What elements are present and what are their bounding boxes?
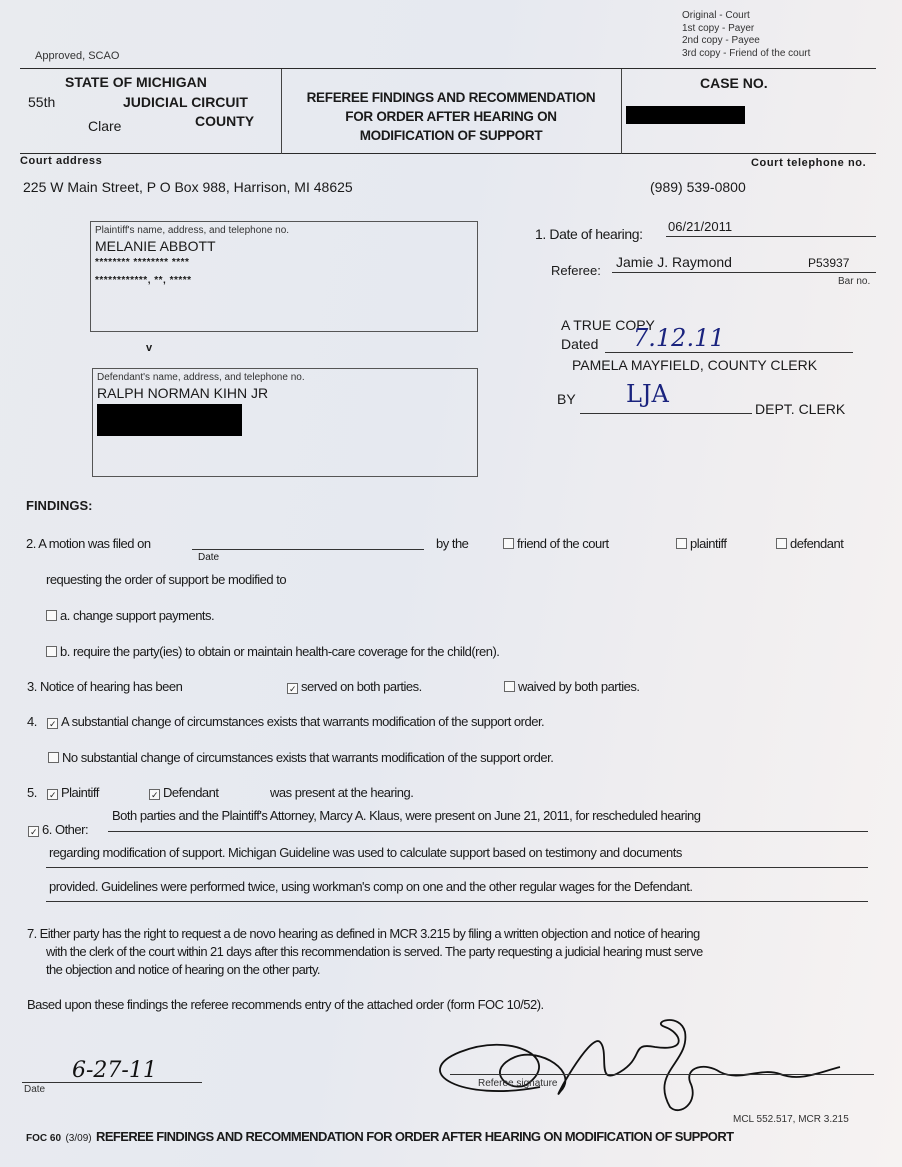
- court-address: 225 W Main Street, P O Box 988, Harrison…: [23, 179, 353, 195]
- checkbox[interactable]: [48, 752, 59, 763]
- checkbox[interactable]: ✓: [287, 683, 298, 694]
- plaintiff-box: Plaintiff's name, address, and telephone…: [90, 221, 478, 332]
- item4-number: 4.: [27, 714, 37, 729]
- option-label: b. require the party(ies) to obtain or m…: [60, 644, 499, 659]
- form-footer: FOC 60 (3/09) REFEREE FINDINGS AND RECOM…: [26, 1128, 733, 1146]
- other-line-2: regarding modification of support. Michi…: [49, 845, 682, 860]
- title-line: REFEREE FINDINGS AND RECOMMENDATION: [281, 88, 621, 107]
- other-rule: [46, 901, 868, 902]
- defendant-box: Defendant's name, address, and telephone…: [92, 368, 478, 477]
- referee-bar-no: P53937: [808, 256, 849, 270]
- header-top-rule: [20, 68, 876, 69]
- copy-line: 2nd copy - Payee: [682, 35, 810, 48]
- checkbox[interactable]: [46, 646, 57, 657]
- signature-date-handwritten: 6-27-11: [72, 1058, 157, 1083]
- form-footer-title: REFEREE FINDINGS AND RECOMMENDATION FOR …: [96, 1129, 733, 1144]
- defendant-name: RALPH NORMAN KIHN JR: [97, 385, 268, 401]
- option-label: A substantial change of circumstances ex…: [61, 714, 544, 729]
- dated-label: Dated: [561, 336, 598, 352]
- hearing-date-line: [666, 236, 876, 237]
- motion-date-caption: Date: [198, 552, 219, 563]
- state-label: STATE OF MICHIGAN: [65, 74, 207, 90]
- option-plaintiff[interactable]: plaintiff: [676, 536, 726, 551]
- option-label: waived by both parties.: [518, 679, 639, 694]
- requesting-text: requesting the order of support be modif…: [46, 572, 286, 587]
- checkbox[interactable]: [46, 610, 57, 621]
- option-label: No substantial change of circumstances e…: [62, 750, 553, 765]
- form-rev: (3/09): [65, 1133, 91, 1144]
- option-served[interactable]: ✓served on both parties.: [287, 679, 422, 694]
- checkbox[interactable]: ✓: [47, 789, 58, 800]
- checkbox[interactable]: ✓: [47, 718, 58, 729]
- checkbox[interactable]: [776, 538, 787, 549]
- copy-line: 1st copy - Payer: [682, 23, 810, 36]
- defendant-address-redacted: [97, 404, 242, 436]
- defendant-label: Defendant's name, address, and telephone…: [97, 372, 305, 383]
- hearing-date: 06/21/2011: [668, 219, 732, 234]
- option-plaintiff-present[interactable]: ✓Plaintiff: [47, 785, 99, 800]
- county-label: COUNTY: [195, 113, 254, 129]
- option-label: friend of the court: [517, 536, 609, 551]
- option-label: a. change support payments.: [60, 608, 214, 623]
- referee-line: [612, 272, 876, 273]
- option-defendant[interactable]: defendant: [776, 536, 843, 551]
- copy-distribution: Original - Court 1st copy - Payer 2nd co…: [682, 10, 810, 60]
- circuit-number: 55th: [28, 94, 55, 110]
- plaintiff-label: Plaintiff's name, address, and telephone…: [95, 225, 289, 236]
- option-waived[interactable]: waived by both parties.: [504, 679, 639, 694]
- by-line: [580, 413, 752, 414]
- versus: v: [146, 342, 152, 354]
- item7-line: 7. Either party has the right to request…: [27, 925, 703, 943]
- court-address-label: Court address: [20, 155, 102, 167]
- option-label: plaintiff: [690, 536, 726, 551]
- item3-text: 3. Notice of hearing has been: [27, 679, 182, 694]
- other-rule: [108, 831, 868, 832]
- header-bottom-rule: [20, 153, 876, 154]
- plaintiff-name: MELANIE ABBOTT: [95, 238, 216, 254]
- option-label: served on both parties.: [301, 679, 422, 694]
- county-name: Clare: [88, 118, 121, 134]
- citation: MCL 552.517, MCR 3.215: [733, 1114, 849, 1125]
- court-phone: (989) 539-0800: [650, 179, 746, 195]
- bar-no-label: Bar no.: [838, 276, 870, 287]
- referee-label: Referee:: [551, 263, 601, 278]
- referee-signature-scrawl: [420, 1012, 890, 1122]
- checkbox[interactable]: [504, 681, 515, 692]
- clerk-initials: LJA: [626, 380, 669, 408]
- option-other[interactable]: ✓6. Other:: [28, 822, 88, 837]
- case-no-redacted: [626, 106, 745, 124]
- option-friend-of-court[interactable]: friend of the court: [503, 536, 609, 551]
- other-line-1: Both parties and the Plaintiff's Attorne…: [112, 808, 700, 823]
- other-rule: [46, 867, 868, 868]
- checkbox[interactable]: ✓: [28, 826, 39, 837]
- hearing-date-label: 1. Date of hearing:: [535, 226, 643, 242]
- option-change-payments[interactable]: a. change support payments.: [46, 608, 214, 623]
- copy-line: Original - Court: [682, 10, 810, 23]
- form-code: FOC 60: [26, 1133, 61, 1144]
- checkbox[interactable]: [503, 538, 514, 549]
- copy-line: 3rd copy - Friend of the court: [682, 48, 810, 61]
- option-label: defendant: [790, 536, 843, 551]
- header-divider: [621, 69, 622, 154]
- referee-name: Jamie J. Raymond: [616, 254, 732, 270]
- item7-line: with the clerk of the court within 21 da…: [27, 943, 703, 961]
- option-defendant-present[interactable]: ✓Defendant: [149, 785, 219, 800]
- dated-line: [605, 352, 853, 353]
- item5-number: 5.: [27, 785, 37, 800]
- date-label: Date: [24, 1084, 45, 1095]
- item5-suffix: was present at the hearing.: [270, 785, 413, 800]
- item7-text: 7. Either party has the right to request…: [27, 925, 703, 979]
- by-the: by the: [436, 536, 468, 551]
- signature-label: Referee signature: [478, 1078, 558, 1089]
- signature-line: [450, 1074, 874, 1075]
- plaintiff-address-line2: ************, **, *****: [95, 275, 192, 286]
- dated-handwritten: 7.12.11: [633, 324, 725, 352]
- title-line: MODIFICATION OF SUPPORT: [281, 126, 621, 145]
- option-label: Defendant: [163, 785, 219, 800]
- case-no-label: CASE NO.: [700, 75, 768, 91]
- option-substantial-change[interactable]: ✓A substantial change of circumstances e…: [47, 714, 544, 729]
- option-label: Plaintiff: [61, 785, 99, 800]
- checkbox[interactable]: ✓: [149, 789, 160, 800]
- item2-text: 2. A motion was filed on: [26, 536, 151, 551]
- court-phone-label: Court telephone no.: [751, 157, 866, 169]
- form-title: REFEREE FINDINGS AND RECOMMENDATION FOR …: [281, 88, 621, 145]
- approved-scao: Approved, SCAO: [35, 50, 119, 62]
- dept-clerk: DEPT. CLERK: [755, 401, 845, 417]
- item7-line: the objection and notice of hearing on t…: [27, 961, 703, 979]
- recommendation-text: Based upon these findings the referee re…: [27, 997, 544, 1012]
- option-label: 6. Other:: [42, 822, 88, 837]
- plaintiff-address-line1: ******** ******** ****: [95, 257, 189, 268]
- checkbox[interactable]: [676, 538, 687, 549]
- by-label: BY: [557, 391, 576, 407]
- option-no-substantial-change[interactable]: No substantial change of circumstances e…: [48, 750, 553, 765]
- county-clerk: PAMELA MAYFIELD, COUNTY CLERK: [572, 357, 817, 373]
- option-health-care[interactable]: b. require the party(ies) to obtain or m…: [46, 644, 499, 659]
- circuit-label: JUDICIAL CIRCUIT: [123, 94, 248, 110]
- other-line-3: provided. Guidelines were performed twic…: [49, 879, 692, 894]
- motion-date-line: [192, 549, 424, 550]
- title-line: FOR ORDER AFTER HEARING ON: [281, 107, 621, 126]
- date-line: [22, 1082, 202, 1083]
- findings-heading: FINDINGS:: [26, 498, 92, 513]
